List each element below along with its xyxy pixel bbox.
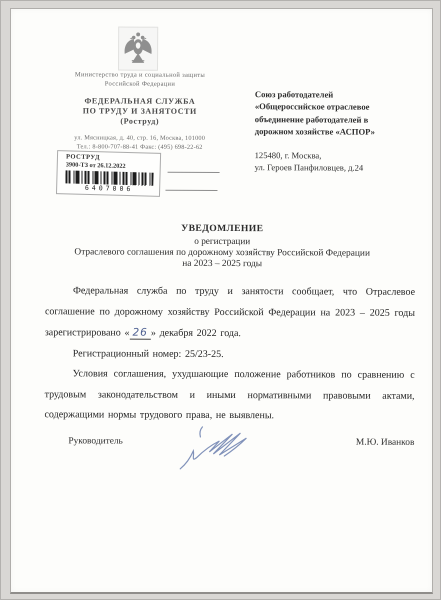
blank-fill-line <box>165 190 217 191</box>
agency-short-name: (Роструд) <box>30 116 250 127</box>
recipient-name-line2: «Общероссийское отраслевое <box>255 101 427 114</box>
document-title: УВЕДОМЛЕНИЕ о регистрации Отраслевого со… <box>36 222 408 270</box>
letter-content: Министерство труда и социальной защиты Р… <box>10 8 434 593</box>
signature-row: Руководитель М.Ю. Иванков <box>44 436 414 438</box>
recipient-name-line4: дорожном хозяйстве «АСПОР» <box>255 125 427 138</box>
recipient-address-line2: ул. Героев Панфиловцев, д.24 <box>255 161 427 174</box>
letter-page: Министерство труда и социальной защиты Р… <box>10 8 433 594</box>
signer-position: Руководитель <box>68 436 122 446</box>
signer-name: М.Ю. Иванков <box>356 438 414 448</box>
blank-fill-line <box>168 172 220 173</box>
paragraph-conditions: Условия соглашения, ухудшающие положение… <box>44 364 414 427</box>
scanned-letter: Министерство труда и социальной защиты Р… <box>0 0 441 600</box>
letter-body: Федеральная служба по труду и занятости … <box>44 281 415 427</box>
title-years-line: на 2023 – 2025 годы <box>36 258 408 270</box>
title-subline: о регистрации <box>36 235 408 247</box>
p1-text-after: » декабря 2022 года. <box>151 328 241 339</box>
paragraph-reg-number: Регистрационный номер: 25/23-25. <box>45 344 415 366</box>
coat-of-arms-icon <box>118 27 158 71</box>
handwritten-day: 26 <box>129 327 150 340</box>
title-word: УВЕДОМЛЕНИЕ <box>36 222 408 235</box>
recipient-block: Союз работодателей «Общероссийское отрас… <box>255 88 427 174</box>
ministry-line2: Российской Федерации <box>30 79 250 89</box>
double-headed-eagle-icon <box>122 31 154 67</box>
paragraph-registration: Федеральная служба по труду и занятости … <box>45 281 415 345</box>
recipient-address-line1: 125480, г. Москва, <box>255 149 427 162</box>
sender-block: Министерство труда и социальной защиты Р… <box>30 70 250 152</box>
barcode-digits: 6407006 <box>65 183 153 193</box>
recipient-name-line3: объединение работодателей в <box>255 113 427 126</box>
stamp-number-date: 3900-ТЗ от 26.12.2022 <box>66 161 156 170</box>
registration-stamp: РОСТРУД 3900-ТЗ от 26.12.2022 6407006 <box>56 150 161 197</box>
title-agreement-line: Отраслевого соглашения по дорожному хозя… <box>36 247 408 259</box>
recipient-name-line1: Союз работодателей <box>255 88 427 101</box>
handwritten-signature <box>172 421 276 479</box>
